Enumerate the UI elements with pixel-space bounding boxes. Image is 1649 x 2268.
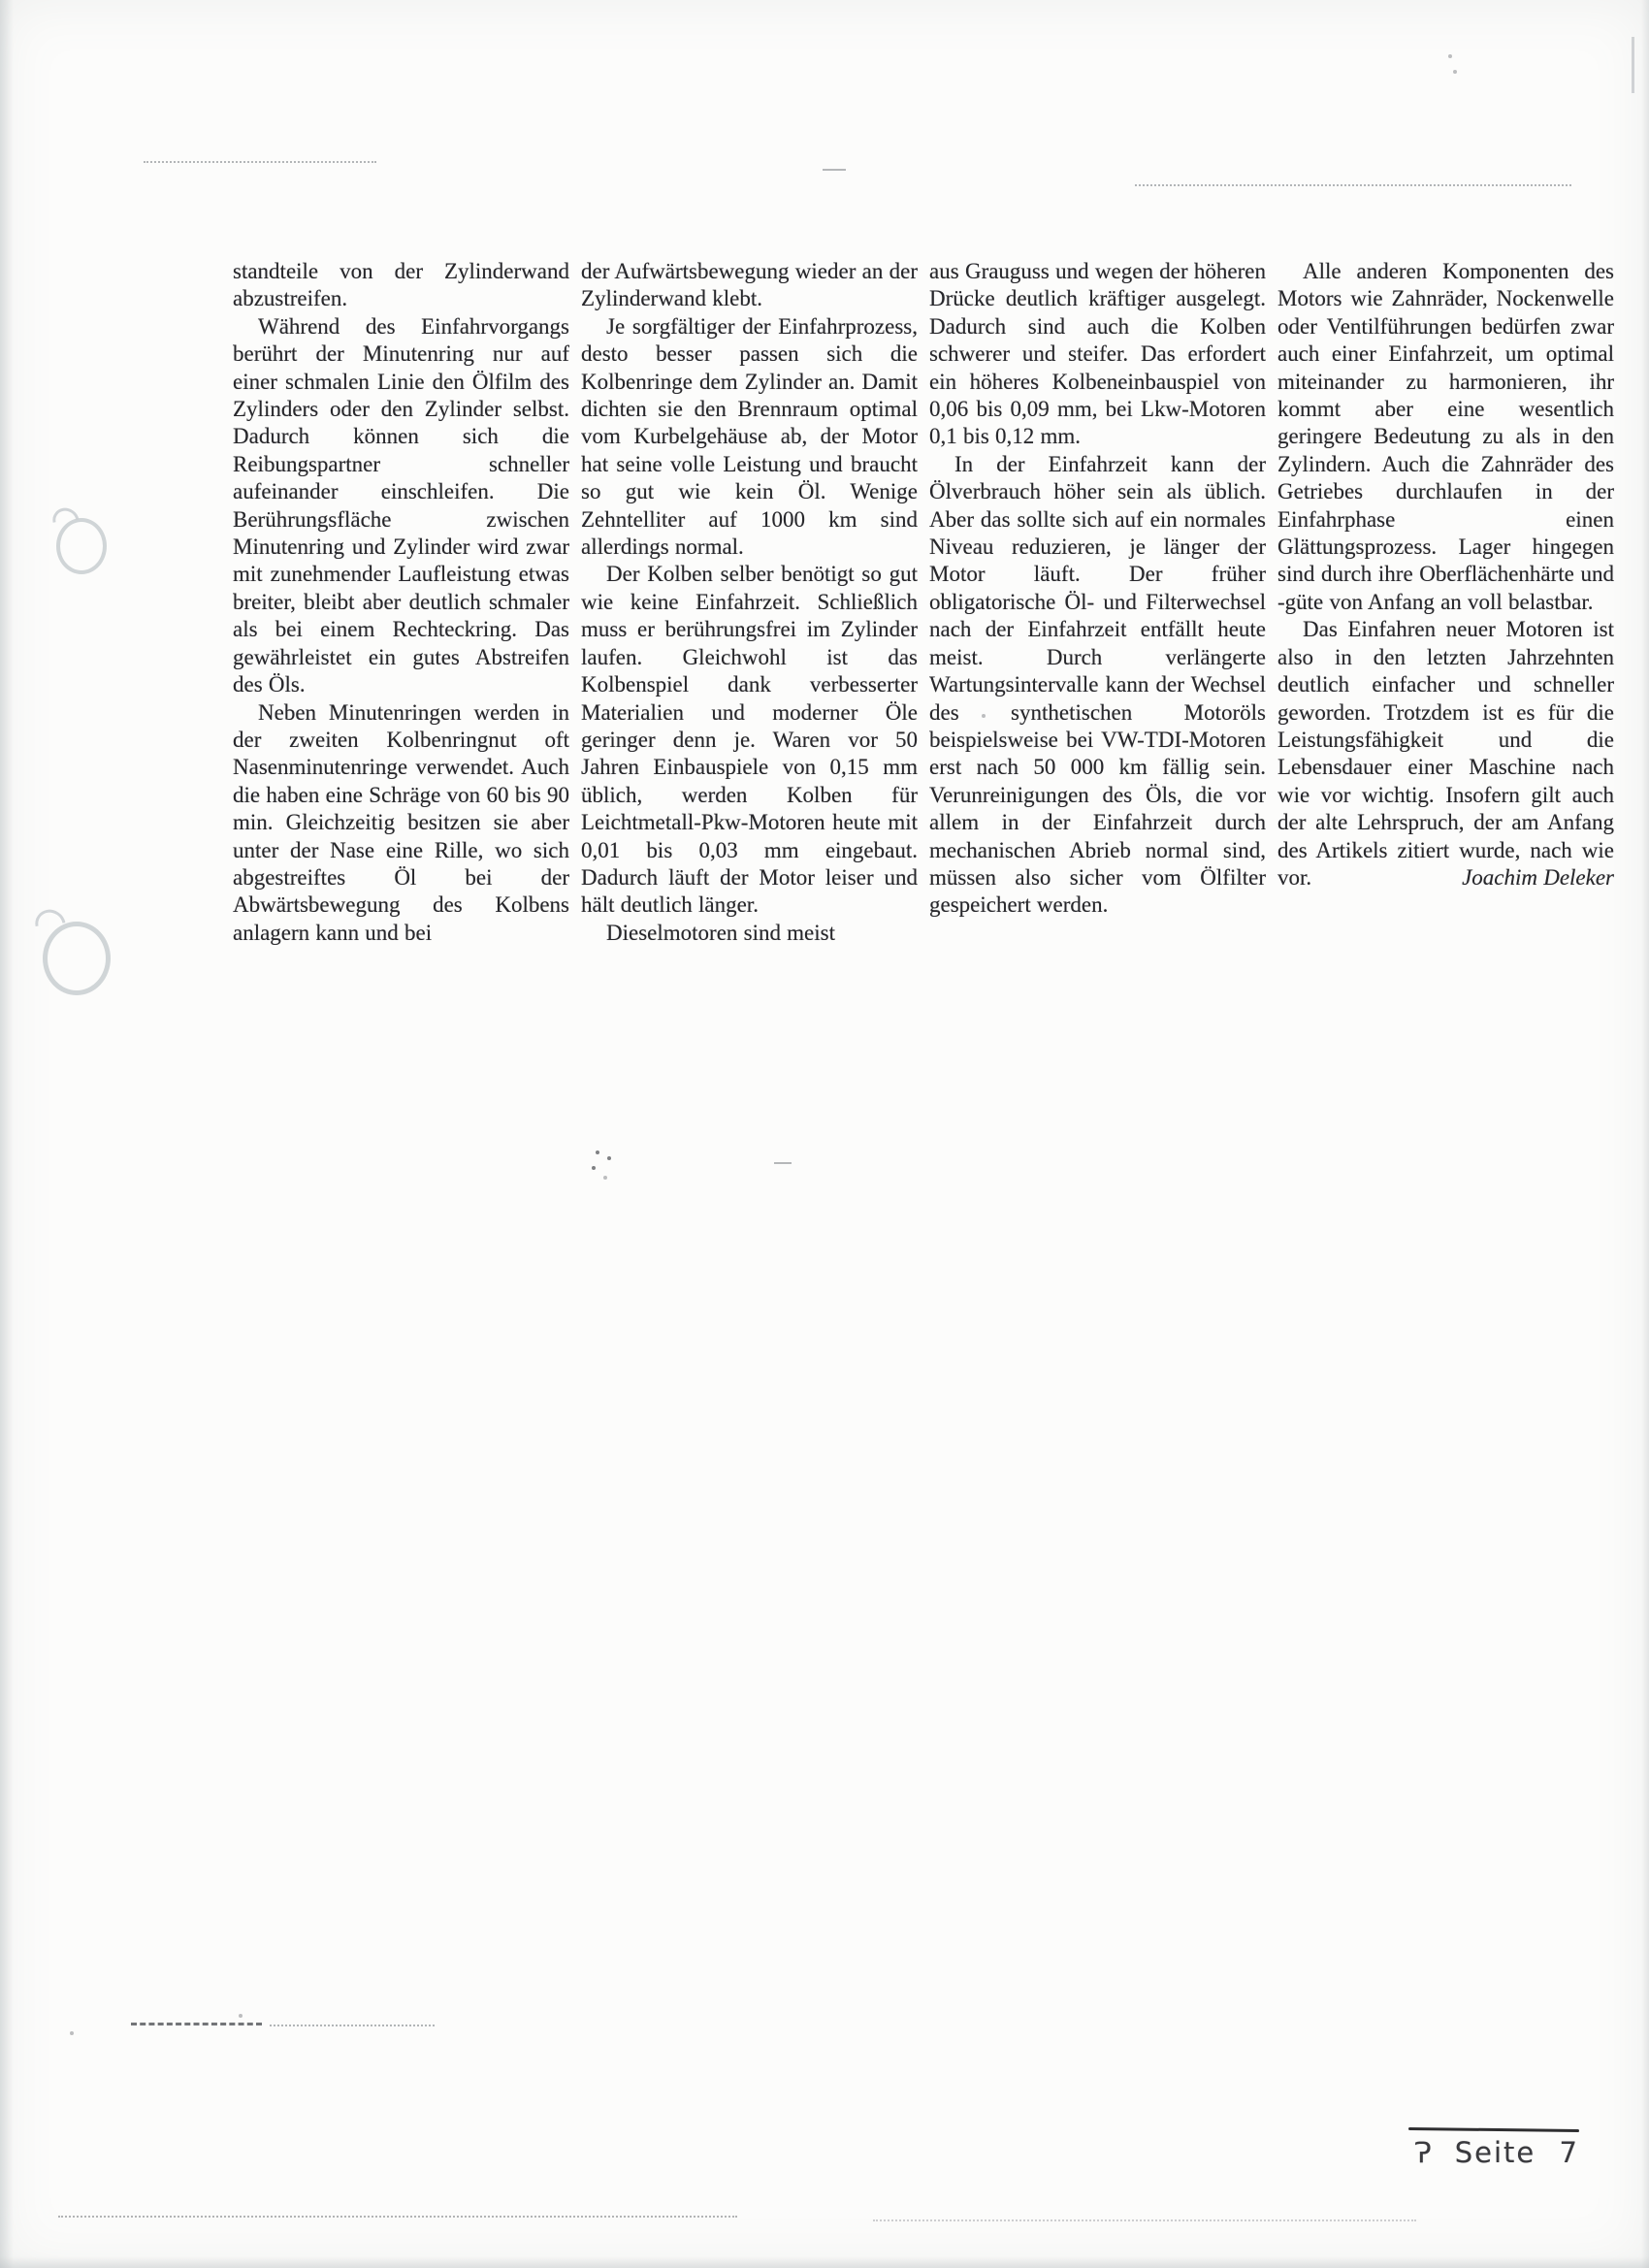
scan-speck bbox=[603, 1176, 607, 1180]
partial-glyph: Ɂ bbox=[1414, 2136, 1432, 2169]
scan-artifact-dotted-line-top-left bbox=[144, 161, 376, 163]
article-column-3: aus Grauguss und wegen der höheren Drück… bbox=[929, 258, 1266, 1034]
paragraph: Der Kolben selber benötigt so gut wie ke… bbox=[581, 561, 918, 919]
article-columns: standteile von der Zylinderwand abzustre… bbox=[233, 258, 1614, 1034]
article-column-2: der Aufwärtsbewegung wieder an der Zylin… bbox=[581, 258, 918, 1034]
article-column-4: Alle anderen Komponenten des Motors wie … bbox=[1277, 258, 1614, 1034]
scan-speck bbox=[592, 1166, 596, 1170]
scan-artifact-right-margin-line bbox=[1632, 37, 1634, 93]
scan-speck bbox=[596, 1150, 599, 1154]
paragraph: Während des Einfahrvorgangs berührt der … bbox=[233, 313, 569, 699]
scan-speck bbox=[70, 2031, 74, 2035]
article-column-1: standteile von der Zylinderwand abzustre… bbox=[233, 258, 569, 1034]
scan-edge-left bbox=[0, 0, 14, 2268]
scan-artifact-dotted-line-bottom-left bbox=[270, 2025, 435, 2026]
scan-speck bbox=[1448, 54, 1452, 58]
scanned-document-page: standteile von der Zylinderwand abzustre… bbox=[0, 0, 1649, 2268]
scan-artifact-dash-top-center bbox=[823, 169, 846, 171]
scan-artifact-dotted-line-bottom-right bbox=[873, 2219, 1416, 2221]
paragraph: Je sorgfältiger der Einfahrprozess, dest… bbox=[581, 313, 918, 562]
scan-speck bbox=[1453, 70, 1457, 74]
scan-edge-right bbox=[1641, 0, 1649, 2268]
footer-rule bbox=[1408, 2127, 1579, 2132]
page-number: Ɂ Seite 7 bbox=[1408, 2136, 1583, 2169]
paragraph: In der Einfahrzeit kann der Ölverbrauch … bbox=[929, 451, 1266, 920]
paragraph: Alle anderen Komponenten des Motors wie … bbox=[1277, 258, 1614, 616]
paragraph: der Aufwärtsbewegung wieder an der Zylin… bbox=[581, 258, 918, 313]
scan-artifact-dash-middle bbox=[774, 1162, 792, 1164]
author-name: Joachim Deleker bbox=[1427, 864, 1614, 891]
paragraph: Dieselmotoren sind meist bbox=[581, 920, 918, 947]
scan-speck bbox=[607, 1156, 611, 1160]
page-word: Seite bbox=[1455, 2136, 1536, 2169]
scan-artifact-dashed-line-bottom-left bbox=[131, 2023, 262, 2025]
scan-speck bbox=[982, 714, 986, 718]
paragraph: Das Einfahren neuer Motoren ist also in … bbox=[1277, 616, 1614, 891]
paragraph: Neben Minutenringen werden in der zweite… bbox=[233, 699, 569, 948]
scan-speck bbox=[239, 2014, 242, 2018]
page-number-value: 7 bbox=[1560, 2136, 1577, 2169]
scan-artifact-dotted-line-top-right bbox=[1135, 184, 1571, 186]
scan-edge-bottom bbox=[0, 2256, 1649, 2268]
paragraph: aus Grauguss und wegen der höheren Drück… bbox=[929, 258, 1266, 451]
paragraph: standteile von der Zylinderwand abzustre… bbox=[233, 258, 569, 313]
scan-artifact-dotted-line-bottom bbox=[58, 2216, 737, 2218]
